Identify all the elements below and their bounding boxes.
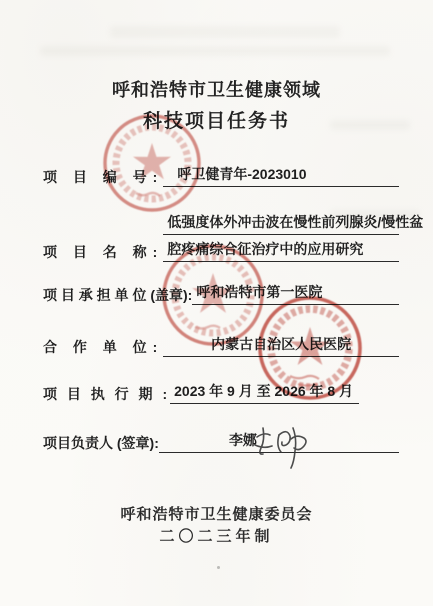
field-undertaking-unit-value: 呼和浩特市第一医院 [192, 282, 399, 305]
field-project-leader-label: 项目负责人 (签章): [43, 433, 159, 453]
field-project-leader-value: 李娜 [159, 430, 399, 453]
scanned-task-book-page: 呼和浩特市卫生健康领域 科技项目任务书 项 目 编 号: 呼卫健青年-20230… [0, 0, 433, 606]
field-project-number-value: 呼卫健青年-2023010 [163, 164, 399, 187]
field-execution-period: 项 目 执 行 期 : 2023 年 9 月 至 2026 年 8 月 [43, 381, 399, 404]
field-execution-period-value: 2023 年 9 月 至 2026 年 8 月 [170, 381, 359, 404]
seal-bottom-marks [136, 193, 160, 196]
field-execution-period-label: 项 目 执 行 期 : [43, 384, 170, 404]
field-project-name: 项 目 名 称: 低强度体外冲击波在慢性前列腺炎/慢性盆 腔疼痛综合征治疗中的应… [43, 212, 399, 262]
field-project-name-value: 低强度体外冲击波在慢性前列腺炎/慢性盆 腔疼痛综合征治疗中的应用研究 [163, 212, 399, 262]
field-project-name-label: 项 目 名 称: [43, 242, 163, 262]
field-project-name-line2: 腔疼痛综合征治疗中的应用研究 [163, 239, 399, 262]
field-partner-unit-value: 内蒙古自治区人民医院 [163, 334, 399, 357]
document-title-line2: 科技项目任务书 [0, 106, 433, 133]
document-title-line1: 呼和浩特市卫生健康领域 [0, 76, 433, 102]
leader-printed-name: 李娜 [229, 432, 329, 448]
scan-speck [217, 566, 220, 569]
bleed-through-smudge [40, 46, 390, 56]
footer-year: 二〇二三年制 [0, 525, 433, 546]
bleed-through-smudge [110, 26, 340, 38]
field-partner-unit: 合 作 单 位: 内蒙古自治区人民医院 [43, 334, 399, 357]
field-project-leader: 项目负责人 (签章): 李娜 [43, 430, 399, 453]
footer-issuer: 呼和浩特市卫生健康委员会 [0, 503, 433, 524]
field-partner-unit-label: 合 作 单 位: [43, 337, 163, 357]
field-project-name-line1: 低强度体外冲击波在慢性前列腺炎/慢性盆 [163, 212, 399, 235]
seal-bottom-marks [195, 326, 220, 329]
field-undertaking-unit: 项 目 承 担 单 位 (盖章): 呼和浩特市第一医院 [43, 282, 399, 305]
field-project-number: 项 目 编 号: 呼卫健青年-2023010 [43, 164, 399, 187]
field-project-number-label: 项 目 编 号: [43, 167, 163, 187]
field-undertaking-unit-label: 项 目 承 担 单 位 (盖章): [43, 285, 192, 305]
